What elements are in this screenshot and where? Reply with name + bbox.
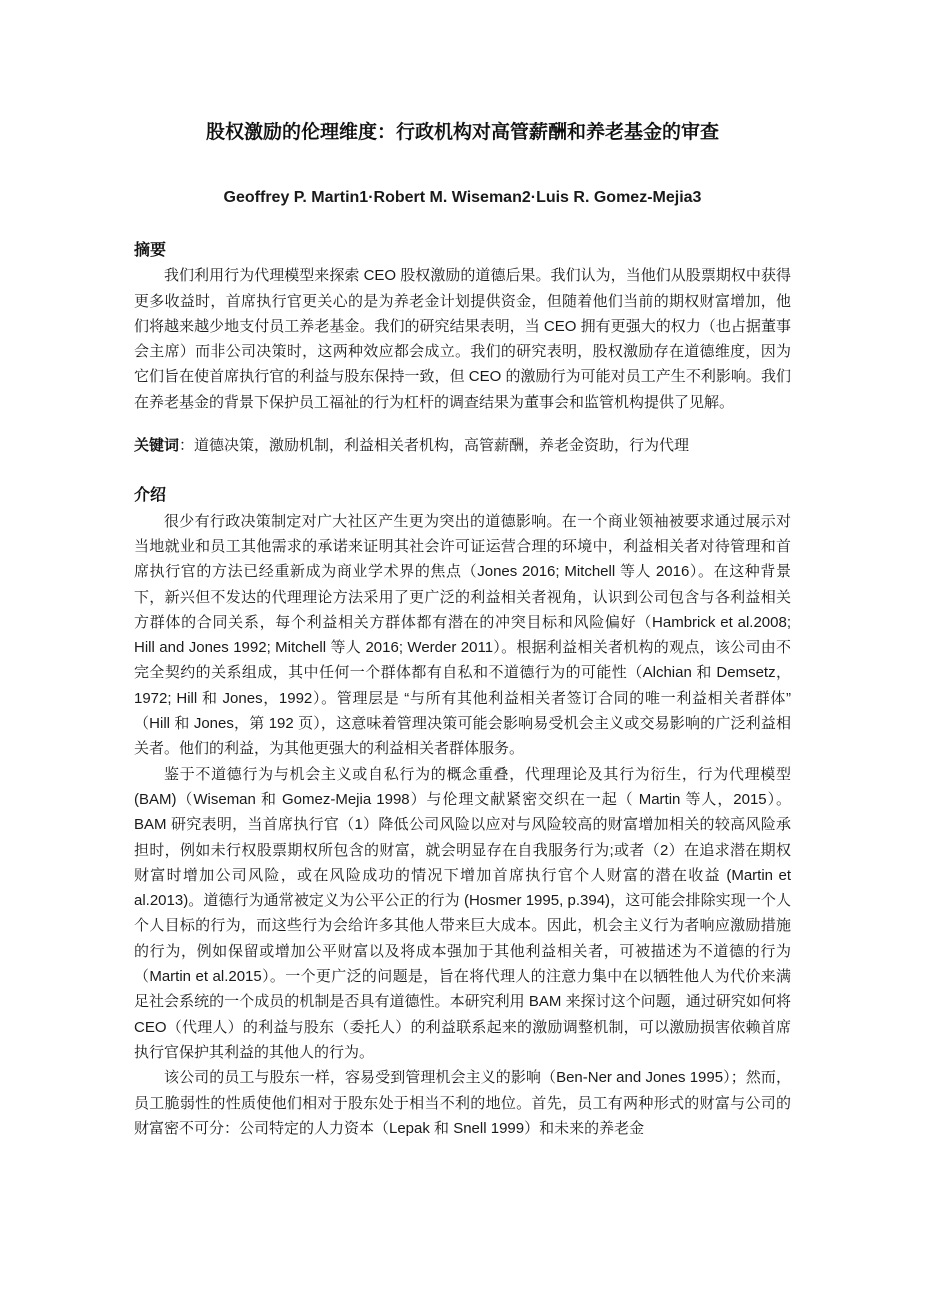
- introduction-heading: 介绍: [134, 483, 791, 508]
- intro-paragraph-2: 鉴于不道德行为与机会主义或自私行为的概念重叠，代理理论及其行为衍生，行为代理模型…: [134, 762, 791, 1066]
- keywords-line: 关键词：道德决策，激励机制，利益相关者机构，高管薪酬，养老金资助，行为代理: [134, 433, 791, 458]
- abstract-heading: 摘要: [134, 238, 791, 263]
- authors-line: Geoffrey P. Martin1·Robert M. Wiseman2·L…: [134, 186, 791, 210]
- intro-paragraph-3: 该公司的员工与股东一样，容易受到管理机会主义的影响（Ben-Ner and Jo…: [134, 1065, 791, 1141]
- document-page: 股权激励的伦理维度：行政机构对高管薪酬和养老基金的审查 Geoffrey P. …: [0, 0, 926, 1309]
- keywords-text: ：道德决策，激励机制，利益相关者机构，高管薪酬，养老金资助，行为代理: [179, 437, 689, 454]
- abstract-text: 我们利用行为代理模型来探索 CEO 股权激励的道德后果。我们认为，当他们从股票期…: [134, 263, 791, 415]
- intro-paragraph-1: 很少有行政决策制定对广大社区产生更为突出的道德影响。在一个商业领袖被要求通过展示…: [134, 509, 791, 762]
- page-title: 股权激励的伦理维度：行政机构对高管薪酬和养老基金的审查: [134, 118, 791, 148]
- keywords-label: 关键词: [134, 437, 179, 454]
